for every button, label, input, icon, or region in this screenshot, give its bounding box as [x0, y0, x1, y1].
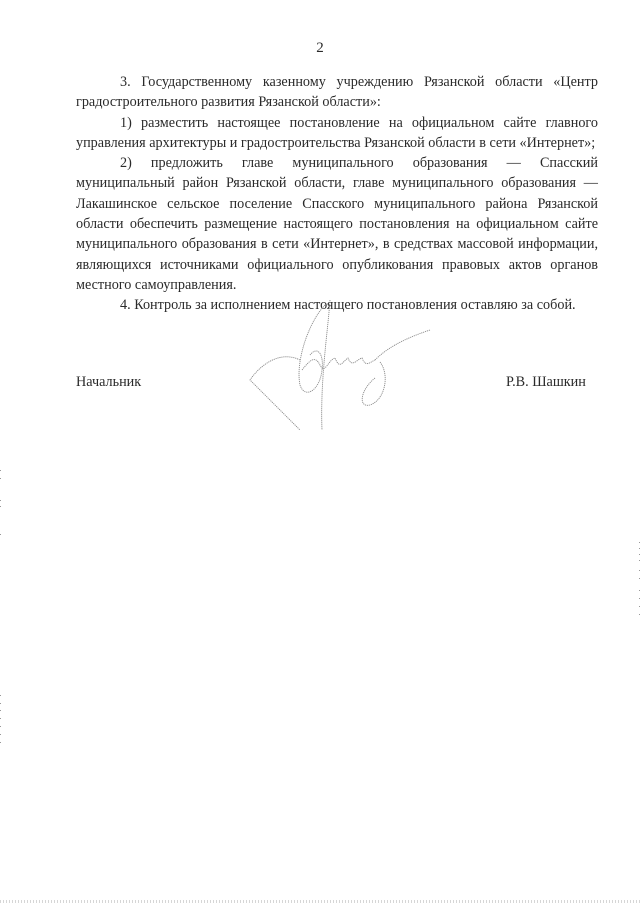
- paragraph-3: 3. Государственному казенному учреждению…: [76, 72, 598, 113]
- paragraph-3-2: 2) предложить главе муниципального образ…: [76, 153, 598, 295]
- signature-icon: [240, 300, 440, 430]
- document-body: 3. Государственному казенному учреждению…: [76, 72, 598, 316]
- page-number: 2: [0, 40, 640, 57]
- signatory-name: Р.В. Шашкин: [506, 374, 586, 391]
- scan-edge-artifact-left: [0, 450, 3, 750]
- scan-bottom-artifact: [0, 900, 640, 903]
- paragraph-3-1: 1) разместить настоящее постановление на…: [76, 113, 598, 154]
- signatory-title: Начальник: [76, 374, 141, 391]
